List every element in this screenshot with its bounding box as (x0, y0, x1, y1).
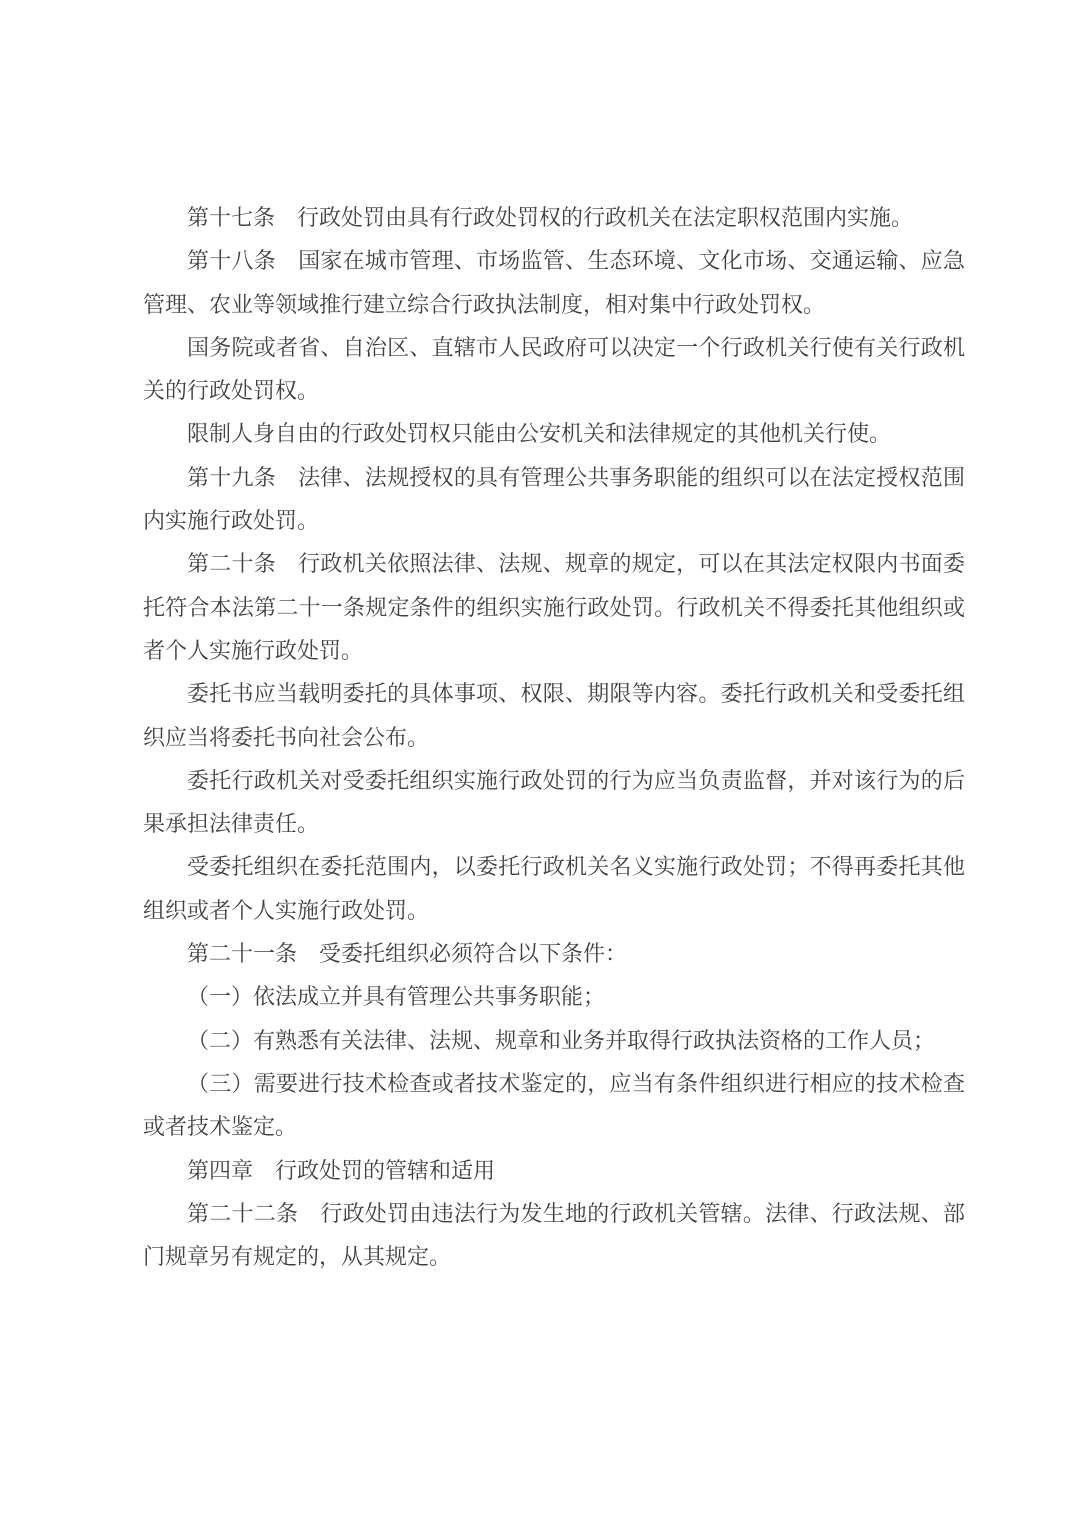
paragraph-article-21-lead: 第二十一条 受委托组织必须符合以下条件： (143, 932, 965, 975)
paragraph-article-20-4: 受委托组织在委托范围内，以委托行政机关名义实施行政处罚；不得再委托其他组织或者个… (143, 845, 965, 932)
document-page: 第十七条 行政处罚由具有行政处罚权的行政机关在法定职权范围内实施。 第十八条 国… (0, 0, 1074, 1520)
paragraph-article-18-1: 第十八条 国家在城市管理、市场监管、生态环境、文化市场、交通运输、应急管理、农业… (143, 239, 965, 326)
paragraph-article-18-3: 限制人身自由的行政处罚权只能由公安机关和法律规定的其他机关行使。 (143, 412, 965, 455)
paragraph-article-22: 第二十二条 行政处罚由违法行为发生地的行政机关管辖。法律、行政法规、部门规章另有… (143, 1192, 965, 1279)
paragraph-article-20-1: 第二十条 行政机关依照法律、法规、规章的规定，可以在其法定权限内书面委托符合本法… (143, 542, 965, 672)
paragraph-article-20-2: 委托书应当载明委托的具体事项、权限、期限等内容。委托行政机关和受委托组织应当将委… (143, 672, 965, 759)
chapter-4-heading: 第四章 行政处罚的管辖和适用 (143, 1149, 965, 1192)
paragraph-article-18-2: 国务院或者省、自治区、直辖市人民政府可以决定一个行政机关行使有关行政机关的行政处… (143, 326, 965, 413)
paragraph-article-19: 第十九条 法律、法规授权的具有管理公共事务职能的组织可以在法定授权范围内实施行政… (143, 456, 965, 543)
paragraph-article-20-3: 委托行政机关对受委托组织实施行政处罚的行为应当负责监督，并对该行为的后果承担法律… (143, 759, 965, 846)
paragraph-article-21-item-3: （三）需要进行技术检查或者技术鉴定的，应当有条件组织进行相应的技术检查或者技术鉴… (143, 1062, 965, 1149)
law-text-block: 第十七条 行政处罚由具有行政处罚权的行政机关在法定职权范围内实施。 第十八条 国… (143, 196, 965, 1278)
paragraph-article-21-item-2: （二）有熟悉有关法律、法规、规章和业务并取得行政执法资格的工作人员； (143, 1019, 965, 1062)
paragraph-article-21-item-1: （一）依法成立并具有管理公共事务职能； (143, 975, 965, 1018)
paragraph-article-17: 第十七条 行政处罚由具有行政处罚权的行政机关在法定职权范围内实施。 (143, 196, 965, 239)
